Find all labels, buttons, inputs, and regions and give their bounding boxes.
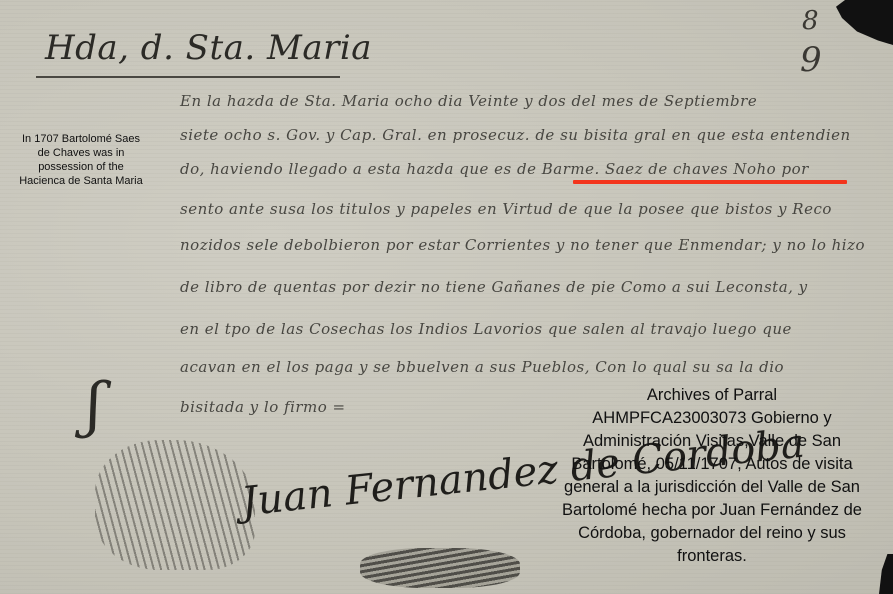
manuscript-line-4: sento ante susa los titulos y papeles en… xyxy=(180,200,832,218)
caption-line: Administración Visitas,Valle de San xyxy=(533,430,891,453)
manuscript-line-5: nozidos sele debolbieron por estar Corri… xyxy=(180,236,865,254)
margin-flourish: ʃ xyxy=(86,370,103,440)
highlight-underline xyxy=(573,180,847,184)
caption-line: Bartolomé, 05/11/1707, Autos de visita xyxy=(533,453,891,476)
caption-line: Bartolomé hecha por Juan Fernández de xyxy=(533,499,891,522)
heading-underline xyxy=(36,76,340,78)
manuscript-line-1: En la hazda de Sta. Maria ocho dia Veint… xyxy=(180,92,757,110)
caption-line: Archives of Parral xyxy=(533,384,891,407)
manuscript-heading: Hda, d. Sta. Maria xyxy=(45,28,372,68)
manuscript-line-8: acavan en el los paga y se bbuelven a su… xyxy=(180,358,784,376)
caption-line: AHMPFCA23003073 Gobierno y xyxy=(533,407,891,430)
caption-line: Córdoba, gobernador del reino y sus xyxy=(533,522,891,545)
left-annotation: In 1707 Bartolomé Saes de Chaves was in … xyxy=(18,132,144,188)
manuscript-line-9: bisitada y lo firmo = xyxy=(180,398,346,416)
manuscript-line-2: siete ocho s. Gov. y Cap. Gral. en prose… xyxy=(180,126,851,144)
manuscript-line-7: en el tpo de las Cosechas los Indios Lav… xyxy=(180,320,792,338)
signature-rubric xyxy=(95,440,255,570)
manuscript-line-6: de libro de quentas por dezir no tiene G… xyxy=(180,278,808,296)
ink-blot xyxy=(360,548,520,588)
caption-line: fronteras. xyxy=(533,545,891,568)
page-number: 9 xyxy=(800,40,822,80)
caption-line: general a la jurisdicción del Valle de S… xyxy=(533,476,891,499)
page-number-top: 8 xyxy=(802,6,819,36)
archive-caption: Archives of Parral AHMPFCA23003073 Gobie… xyxy=(533,384,891,568)
manuscript-line-3: do, haviendo llegado a esta hazda que es… xyxy=(180,160,809,178)
